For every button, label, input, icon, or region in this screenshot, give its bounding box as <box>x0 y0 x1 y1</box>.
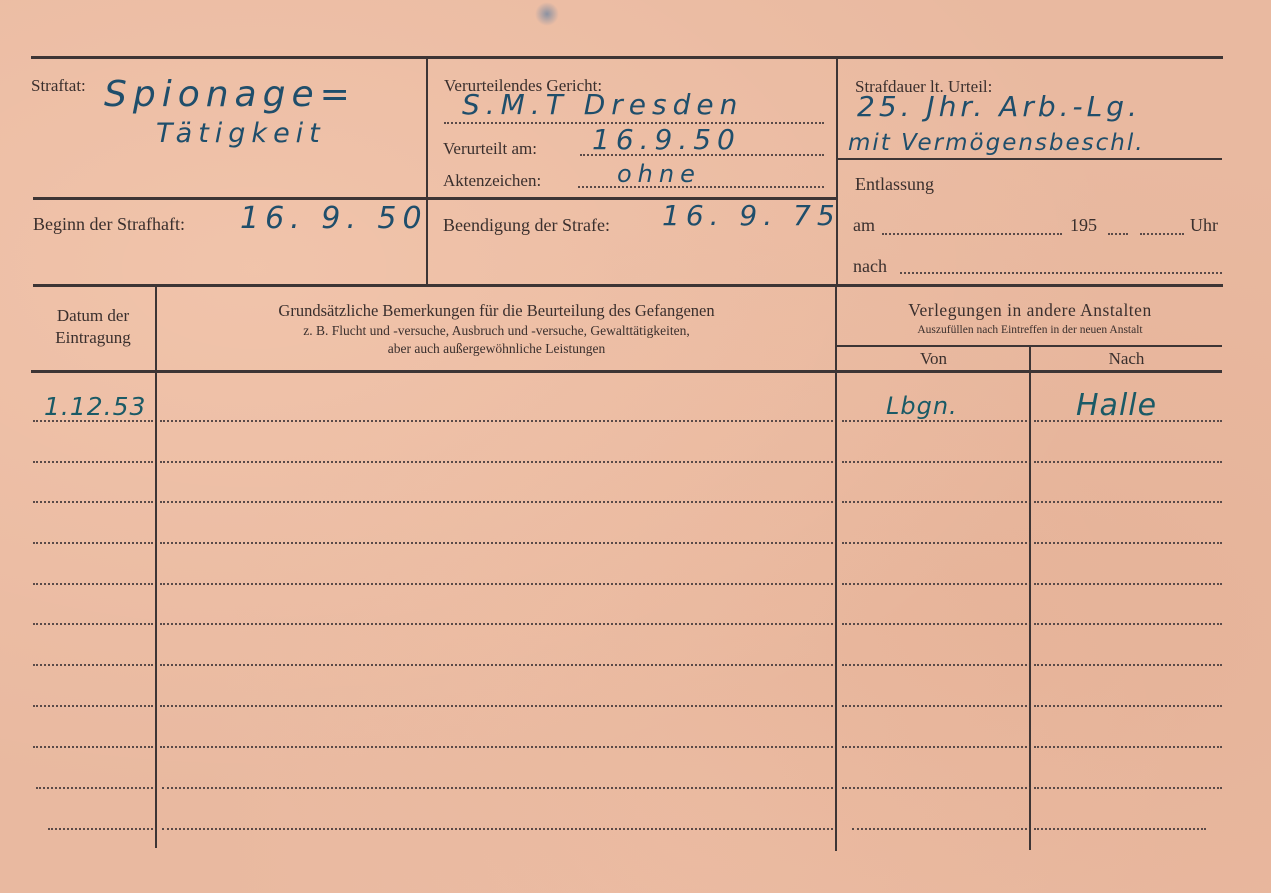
bemerkungen-title: Grundsätzliche Bemerkungen für die Beurt… <box>158 300 835 322</box>
section-divider <box>33 284 1223 287</box>
von-header: Von <box>838 349 1029 369</box>
strafdauer-value-line2: mit Vermögensbeschl. <box>848 130 1145 156</box>
entlassung-time-dotted-line <box>1140 233 1184 235</box>
verlegungen-sub-divider <box>837 345 1222 347</box>
datum-header-line1: Datum der <box>33 305 153 327</box>
beendigung-label: Beendigung der Strafe: <box>443 215 610 236</box>
row1-nach: Halle <box>1076 388 1157 423</box>
entlassung-nach-label: nach <box>853 256 887 277</box>
entlassung-nach-dotted-line <box>900 272 1222 274</box>
straftat-label: Straftat: <box>31 76 86 96</box>
datum-header: Datum der Eintragung <box>33 305 153 349</box>
row1-datum: 1.12.53 <box>44 392 146 421</box>
aktenzeichen-value: ohne <box>617 160 701 188</box>
ink-stain <box>535 2 559 26</box>
straftat-value-line2: Tätigkeit <box>156 118 326 149</box>
entlassung-am-dotted-line <box>882 233 1062 235</box>
divider-col2 <box>836 58 838 284</box>
verlegungen-title: Verlegungen in andere Anstalten <box>838 298 1222 322</box>
top-border <box>31 56 1223 59</box>
nach-header: Nach <box>1031 349 1222 369</box>
beginn-value: 16. 9. 50 <box>240 201 428 236</box>
entlassung-am-label: am <box>853 215 875 236</box>
datum-header-line2: Eintragung <box>33 327 153 349</box>
verurteilt-label: Verurteilt am: <box>443 139 537 159</box>
verlegungen-header: Verlegungen in andere Anstalten Auszufül… <box>838 298 1222 338</box>
row1-von: Lbgn. <box>886 392 958 420</box>
entlassung-uhr-label: Uhr <box>1190 215 1218 236</box>
table-divider-von-nach <box>1029 347 1031 850</box>
verurteilt-value: 16.9.50 <box>592 123 741 156</box>
bemerkungen-sub1: z. B. Flucht und -versuche, Ausbruch und… <box>158 322 835 340</box>
table-header-bottom <box>31 370 1222 373</box>
beendigung-value: 16. 9. 75 <box>662 199 841 232</box>
beginn-label: Beginn der Strafhaft: <box>33 214 185 235</box>
divider-row-right <box>838 158 1222 160</box>
entlassung-year-dotted-line <box>1108 233 1128 235</box>
bemerkungen-header: Grundsätzliche Bemerkungen für die Beurt… <box>158 300 835 358</box>
bemerkungen-sub2: aber auch außergewöhnliche Leistungen <box>158 340 835 358</box>
aktenzeichen-label: Aktenzeichen: <box>443 171 541 191</box>
verlegungen-sub: Auszufüllen nach Eintreffen in der neuen… <box>838 322 1222 338</box>
divider-col1 <box>426 58 428 284</box>
gericht-value: S.M.T Dresden <box>462 88 743 121</box>
aktenzeichen-dotted-line <box>578 186 824 188</box>
straftat-value-line1: Spionage= <box>104 74 356 115</box>
entlassung-label: Entlassung <box>855 174 934 195</box>
strafdauer-value-line1: 25. Jhr. Arb.-Lg. <box>857 90 1141 123</box>
entlassung-year-prefix: 195 <box>1070 215 1097 236</box>
